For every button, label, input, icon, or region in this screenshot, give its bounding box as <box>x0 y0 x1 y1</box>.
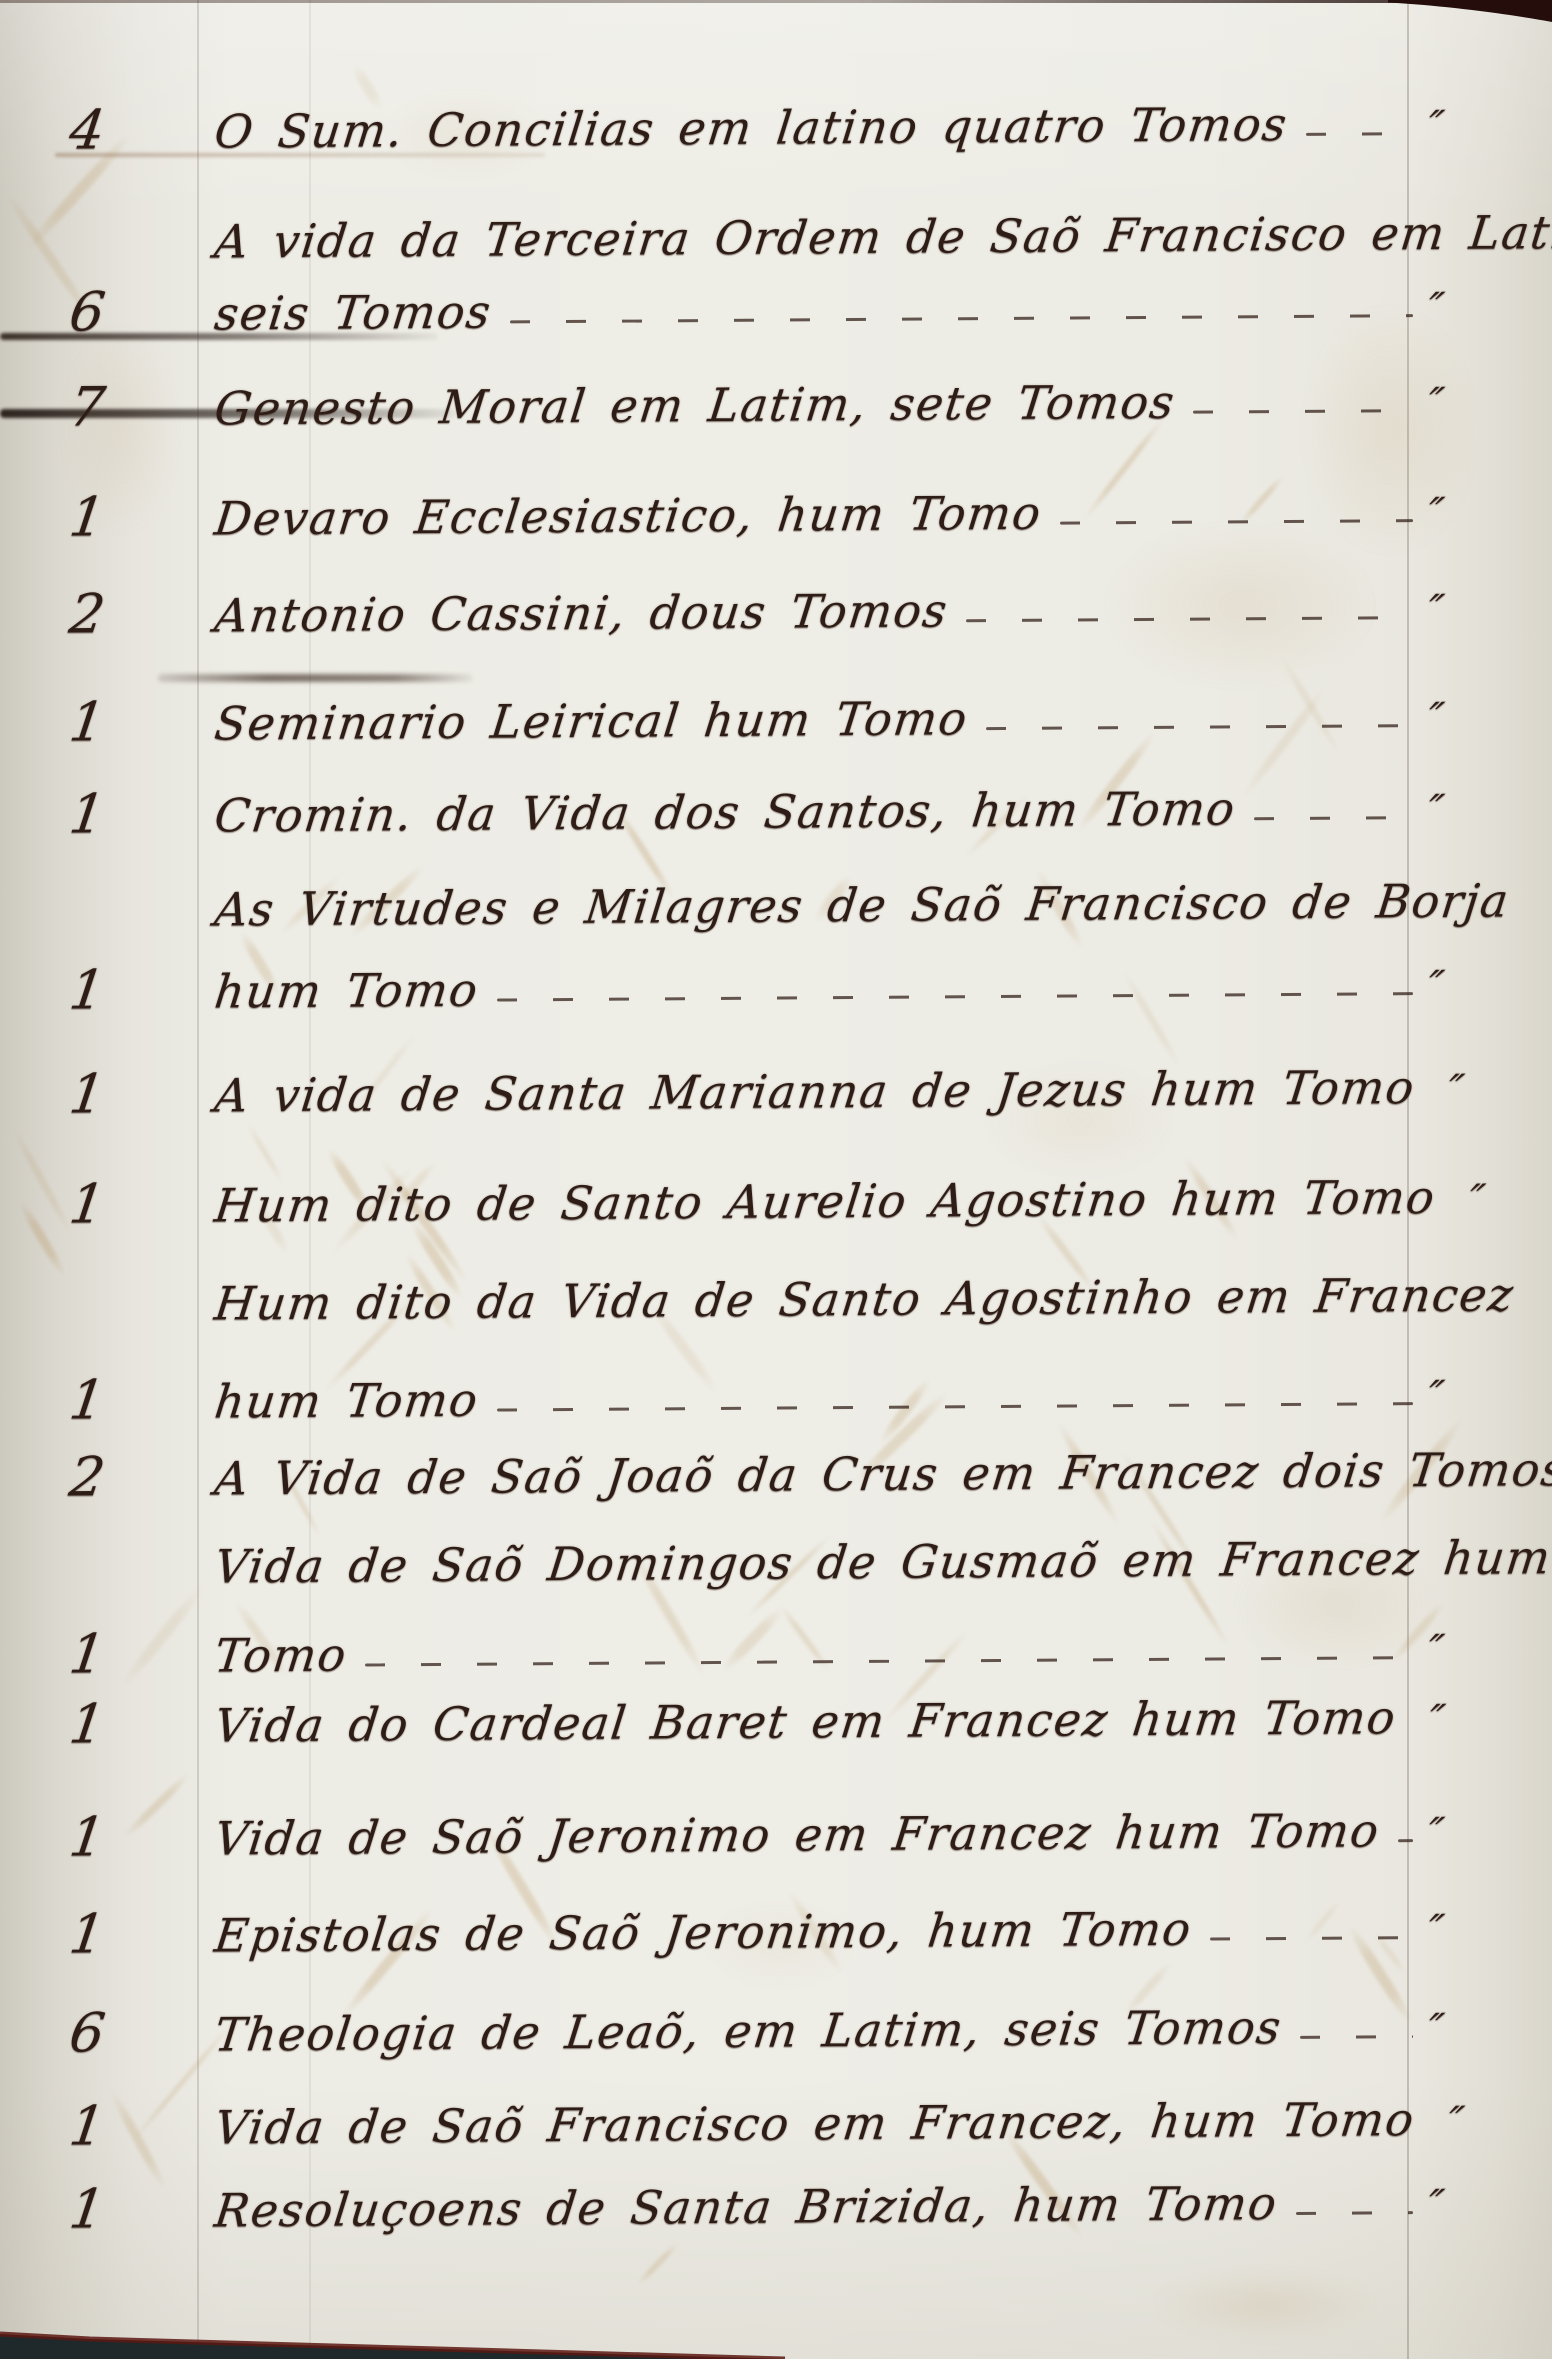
inventory-row: 7 Genesto Moral em Latim, sete Tomos ″ <box>0 370 1448 441</box>
inventory-row: 1 Vida de Saõ Jeronimo em Francez hum To… <box>0 1800 1448 1871</box>
inventory-row-continuation: Vida de Saõ Domingos de Gusmaõ em France… <box>0 1530 1448 1596</box>
book-edge-top-right <box>1388 0 1552 28</box>
leader-dashes <box>986 724 1413 730</box>
ditto-mark: ″ <box>1422 1692 1457 1748</box>
leader-dashes <box>1193 409 1413 414</box>
entry-quantity <box>0 257 215 259</box>
entry-text: A Vida de Saõ Joaõ da Crus em Francez do… <box>212 1441 1552 1506</box>
entry-quantity <box>0 1582 215 1584</box>
entry-text: Cromin. da Vida dos Santos, hum Tomo <box>212 780 1239 843</box>
entry-text: Antonio Cassini, dous Tomos <box>212 582 951 643</box>
leader-dashes <box>365 1656 1413 1666</box>
leader-dashes <box>1060 519 1413 524</box>
ditto-mark: ″ <box>1420 2177 1455 2233</box>
inventory-row: 2 Antonio Cassini, dous Tomos ″ <box>0 577 1448 648</box>
inventory-row: 6 Theologia de Leaõ, em Latim, seis Tomo… <box>0 1996 1448 2067</box>
stain-blotch <box>1150 2270 1380 2340</box>
leader-dashes <box>966 616 1413 622</box>
entry-quantity: 1 <box>0 2097 219 2155</box>
leader-dashes <box>497 992 1413 1001</box>
entry-quantity: 2 <box>0 585 219 643</box>
entry-text: Vida de Saõ Francisco em Francez, hum To… <box>212 2091 1418 2155</box>
entry-text: As Virtudes e Milagres de Saõ Francisco … <box>212 872 1513 937</box>
entry-text: hum Tomo <box>212 1372 482 1430</box>
ditto-mark: ″ <box>1420 375 1455 431</box>
ditto-mark: ″ <box>1420 1805 1455 1861</box>
inventory-row: 1 Tomo ″ <box>0 1617 1448 1688</box>
entry-text: Devaro Ecclesiastico, hum Tomo <box>212 485 1045 547</box>
inventory-row: 1 Vida de Saõ Francisco em Francez, hum … <box>0 2089 1448 2160</box>
ditto-mark: ″ <box>1461 1172 1496 1228</box>
inventory-row: 6 seis Tomos ″ <box>0 275 1448 346</box>
entry-quantity: 1 <box>0 1175 219 1233</box>
leader-dashes <box>510 314 1414 323</box>
entry-quantity: 4 <box>0 101 219 159</box>
ditto-mark: ″ <box>1420 958 1455 1014</box>
entry-text: hum Tomo <box>212 962 482 1020</box>
inventory-row: 1 A vida de Santa Marianna de Jezus hum … <box>0 1057 1448 1128</box>
entry-text: Vida do Cardeal Baret em Francez hum Tom… <box>212 1689 1400 1753</box>
inventory-row-continuation: As Virtudes e Milagres de Saõ Francisco … <box>0 873 1448 939</box>
leader-dashes <box>1296 2211 1413 2215</box>
leader-dashes <box>1398 1839 1413 1842</box>
leader-dashes <box>1306 132 1413 136</box>
entry-quantity: 6 <box>0 2004 219 2062</box>
entry-quantity: 1 <box>0 961 219 1019</box>
entry-quantity <box>0 925 215 927</box>
inventory-row: 4 O Sum. Concilias em latino quatro Tomo… <box>0 93 1448 164</box>
entry-quantity: 2 <box>0 1448 219 1506</box>
entry-quantity: 1 <box>0 693 219 751</box>
ditto-mark: ″ <box>1440 2094 1475 2150</box>
inventory-row: 1 Hum dito de Santo Aurelio Agostino hum… <box>0 1167 1448 1238</box>
entry-quantity: 1 <box>0 2180 219 2238</box>
ditto-mark: ″ <box>1420 280 1455 336</box>
ditto-mark: ″ <box>1440 1062 1475 1118</box>
entry-quantity: 1 <box>0 1905 219 1963</box>
entry-text: Vida de Saõ Jeronimo em Francez hum Tomo <box>212 1802 1383 1866</box>
entry-quantity <box>0 1319 215 1321</box>
book-edge-bottom-left <box>0 2325 800 2359</box>
entry-text: Epistolas de Saõ Jeronimo, hum Tomo <box>212 1901 1195 1964</box>
ditto-mark: ″ <box>1420 1368 1455 1424</box>
entry-text: Hum dito da Vida de Santo Agostinho em F… <box>212 1266 1518 1331</box>
leader-dashes <box>1300 2035 1413 2039</box>
inventory-row: 1 Seminario Leirical hum Tomo ″ <box>0 685 1448 756</box>
ditto-mark: ″ <box>1420 782 1455 838</box>
entry-text: Seminario Leirical hum Tomo <box>212 690 971 751</box>
entry-text: Theologia de Leaõ, em Latim, seis Tomos <box>212 1999 1285 2062</box>
ink-smudge-line <box>158 674 473 682</box>
entry-quantity: 1 <box>0 1808 219 1866</box>
inventory-row: 2 A Vida de Saõ Joaõ da Crus em Francez … <box>0 1440 1448 1511</box>
entry-quantity: 1 <box>0 1625 219 1683</box>
inventory-row: 1 Cromin. da Vida dos Santos, hum Tomo ″ <box>0 777 1448 848</box>
inventory-row: 1 Resoluçoens de Santa Brizida, hum Tomo… <box>0 2172 1448 2243</box>
manuscript-page: 4 O Sum. Concilias em latino quatro Tomo… <box>0 0 1552 2359</box>
inventory-row-continuation: A vida da Terceira Ordem de Saõ Francisc… <box>0 205 1448 271</box>
inventory-row: 1 hum Tomo ″ <box>0 953 1448 1024</box>
inventory-row: 1 Devaro Ecclesiastico, hum Tomo ″ <box>0 480 1448 551</box>
stain-stroke <box>636 2240 681 2286</box>
entry-text: Genesto Moral em Latim, sete Tomos <box>212 374 1179 437</box>
leader-dashes <box>497 1402 1413 1411</box>
entry-quantity: 7 <box>0 378 219 436</box>
inventory-row-continuation: Hum dito da Vida de Santo Agostinho em F… <box>0 1267 1448 1333</box>
entry-quantity: 1 <box>0 488 219 546</box>
entry-text: Vida de Saõ Domingos de Gusmaõ em France… <box>212 1529 1552 1594</box>
entry-text: Hum dito de Santo Aurelio Agostino hum T… <box>212 1169 1439 1234</box>
entry-quantity: 1 <box>0 785 219 843</box>
entry-text: Resoluçoens de Santa Brizida, hum Tomo <box>212 2175 1281 2238</box>
ditto-mark: ″ <box>1420 1902 1455 1958</box>
inventory-row: 1 Vida do Cardeal Baret em Francez hum T… <box>0 1687 1448 1758</box>
entry-quantity: 1 <box>0 1065 219 1123</box>
inventory-row: 1 Epistolas de Saõ Jeronimo, hum Tomo ″ <box>0 1897 1448 1968</box>
page-top-edge-shadow <box>0 0 1552 3</box>
entry-quantity: 1 <box>0 1371 219 1429</box>
ditto-mark: ″ <box>1420 690 1455 746</box>
ditto-mark: ″ <box>1420 582 1455 638</box>
leader-dashes <box>1254 816 1413 820</box>
inventory-row: 1 hum Tomo ″ <box>0 1363 1448 1434</box>
entry-text: seis Tomos <box>212 284 495 342</box>
entry-text: O Sum. Concilias em latino quatro Tomos <box>212 96 1291 160</box>
entry-text: A vida de Santa Marianna de Jezus hum To… <box>212 1059 1418 1123</box>
entry-quantity: 1 <box>0 1695 219 1753</box>
entry-text: A vida da Terceira Ordem de Saõ Francisc… <box>212 204 1552 270</box>
ditto-mark: ″ <box>1420 98 1455 154</box>
entry-quantity: 6 <box>0 283 219 341</box>
ditto-mark: ″ <box>1420 485 1455 541</box>
ditto-mark: ″ <box>1420 2001 1455 2057</box>
entry-text: Tomo <box>212 1627 351 1684</box>
ditto-mark: ″ <box>1420 1622 1455 1678</box>
leader-dashes <box>1210 1936 1413 1940</box>
